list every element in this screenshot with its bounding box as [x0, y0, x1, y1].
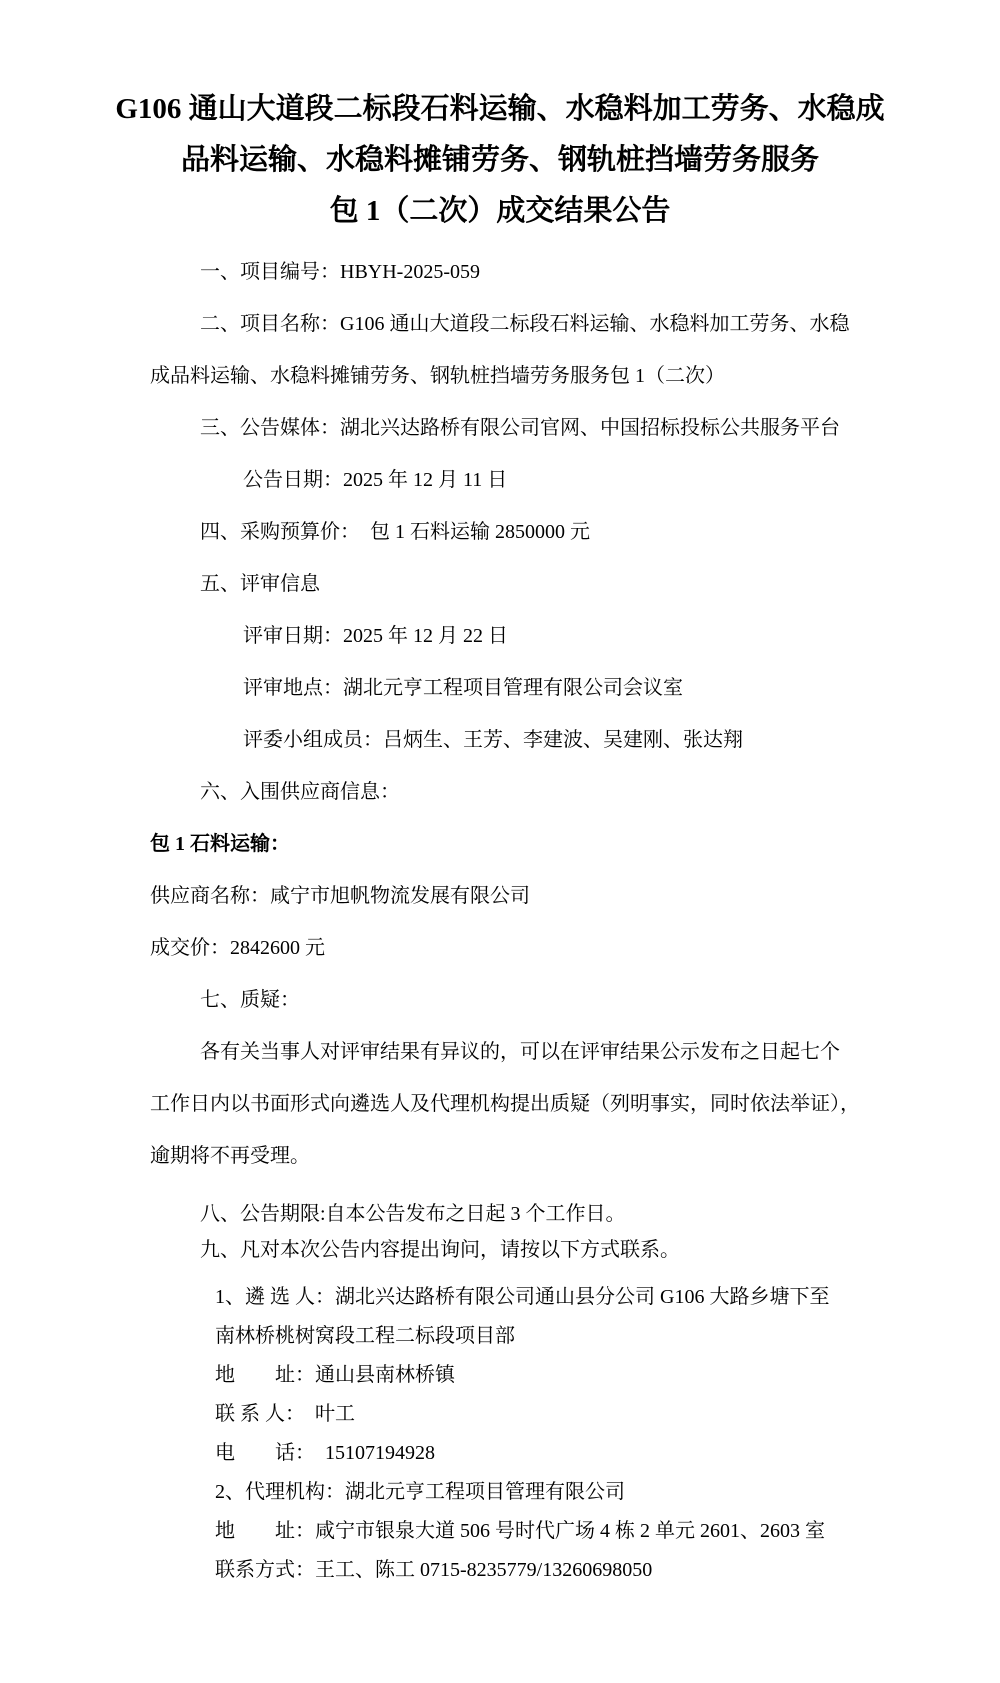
- agency-address-line: 地 址：咸宁市银泉大道 506 号时代广场 4 栋 2 单元 2601、2603…: [215, 1512, 890, 1551]
- announcement-date-line: 公告日期：2025 年 12 月 11 日: [150, 454, 890, 506]
- title-line-2: 品料运输、水稳料摊铺劳务、钢轨桩挡墙劳务服务: [0, 135, 1000, 186]
- project-name-line-2: 成品料运输、水稳料摊铺劳务、钢轨桩挡墙劳务服务包 1（二次）: [150, 350, 890, 402]
- review-date-line: 评审日期：2025 年 12 月 22 日: [150, 610, 890, 662]
- selector-phone-line: 电 话： 15107194928: [215, 1434, 890, 1473]
- review-info-heading: 五、评审信息: [150, 558, 890, 610]
- inquiry-instruction-line: 九、凡对本次公告内容提出询问，请按以下方式联系。: [150, 1232, 890, 1268]
- title-line-3: 包 1（二次）成交结果公告: [0, 186, 1000, 237]
- selector-address-line: 地 址：通山县南林桥镇: [215, 1356, 890, 1395]
- procurement-budget-line: 四、采购预算价： 包 1 石料运输 2850000 元: [150, 506, 890, 558]
- deal-price-line: 成交价：2842600 元: [150, 922, 890, 974]
- supplier-name-line: 供应商名称：咸宁市旭帆物流发展有限公司: [150, 870, 890, 922]
- contact-info-block: 1、遴 选 人：湖北兴达路桥有限公司通山县分公司 G106 大路乡塘下至 南林桥…: [215, 1278, 890, 1590]
- agency-contact-line: 联系方式：王工、陈工 0715-8235779/13260698050: [215, 1551, 890, 1590]
- objection-text-line-1: 各有关当事人对评审结果有异议的，可以在评审结果公示发布之日起七个: [150, 1026, 890, 1078]
- announcement-document-page: G106 通山大道段二标段石料运输、水稳料加工劳务、水稳成 品料运输、水稳料摊铺…: [0, 0, 1000, 1683]
- announcement-media-line: 三、公告媒体：湖北兴达路桥有限公司官网、中国招标投标公共服务平台: [150, 402, 890, 454]
- selector-contact-person-line: 联 系 人： 叶工: [215, 1395, 890, 1434]
- title-line-1: G106 通山大道段二标段石料运输、水稳料加工劳务、水稳成: [0, 84, 1000, 135]
- agency-name-line: 2、代理机构：湖北元亨工程项目管理有限公司: [215, 1473, 890, 1512]
- document-title: G106 通山大道段二标段石料运输、水稳料加工劳务、水稳成 品料运输、水稳料摊铺…: [0, 0, 1000, 237]
- review-committee-line: 评委小组成员：吕炳生、王芳、李建波、吴建刚、张达翔: [150, 714, 890, 766]
- objection-text-line-2: 工作日内以书面形式向遴选人及代理机构提出质疑（列明事实，同时依法举证），: [150, 1078, 890, 1130]
- document-body: 一、项目编号：HBYH-2025-059 二、项目名称：G106 通山大道段二标…: [150, 246, 890, 1590]
- objection-text-line-3: 逾期将不再受理。: [150, 1130, 890, 1182]
- selector-name-line-2: 南林桥桃树窝段工程二标段项目部: [215, 1317, 890, 1356]
- shortlist-suppliers-heading: 六、入围供应商信息：: [150, 766, 890, 818]
- selector-name-line-1: 1、遴 选 人：湖北兴达路桥有限公司通山县分公司 G106 大路乡塘下至: [215, 1278, 890, 1317]
- project-number-line: 一、项目编号：HBYH-2025-059: [150, 246, 890, 298]
- package1-heading: 包 1 石料运输：: [150, 818, 890, 870]
- project-name-line-1: 二、项目名称：G106 通山大道段二标段石料运输、水稳料加工劳务、水稳: [150, 298, 890, 350]
- review-location-line: 评审地点：湖北元亨工程项目管理有限公司会议室: [150, 662, 890, 714]
- notice-period-line: 八、公告期限:自本公告发布之日起 3 个工作日。: [150, 1196, 890, 1232]
- objection-heading: 七、质疑：: [150, 974, 890, 1026]
